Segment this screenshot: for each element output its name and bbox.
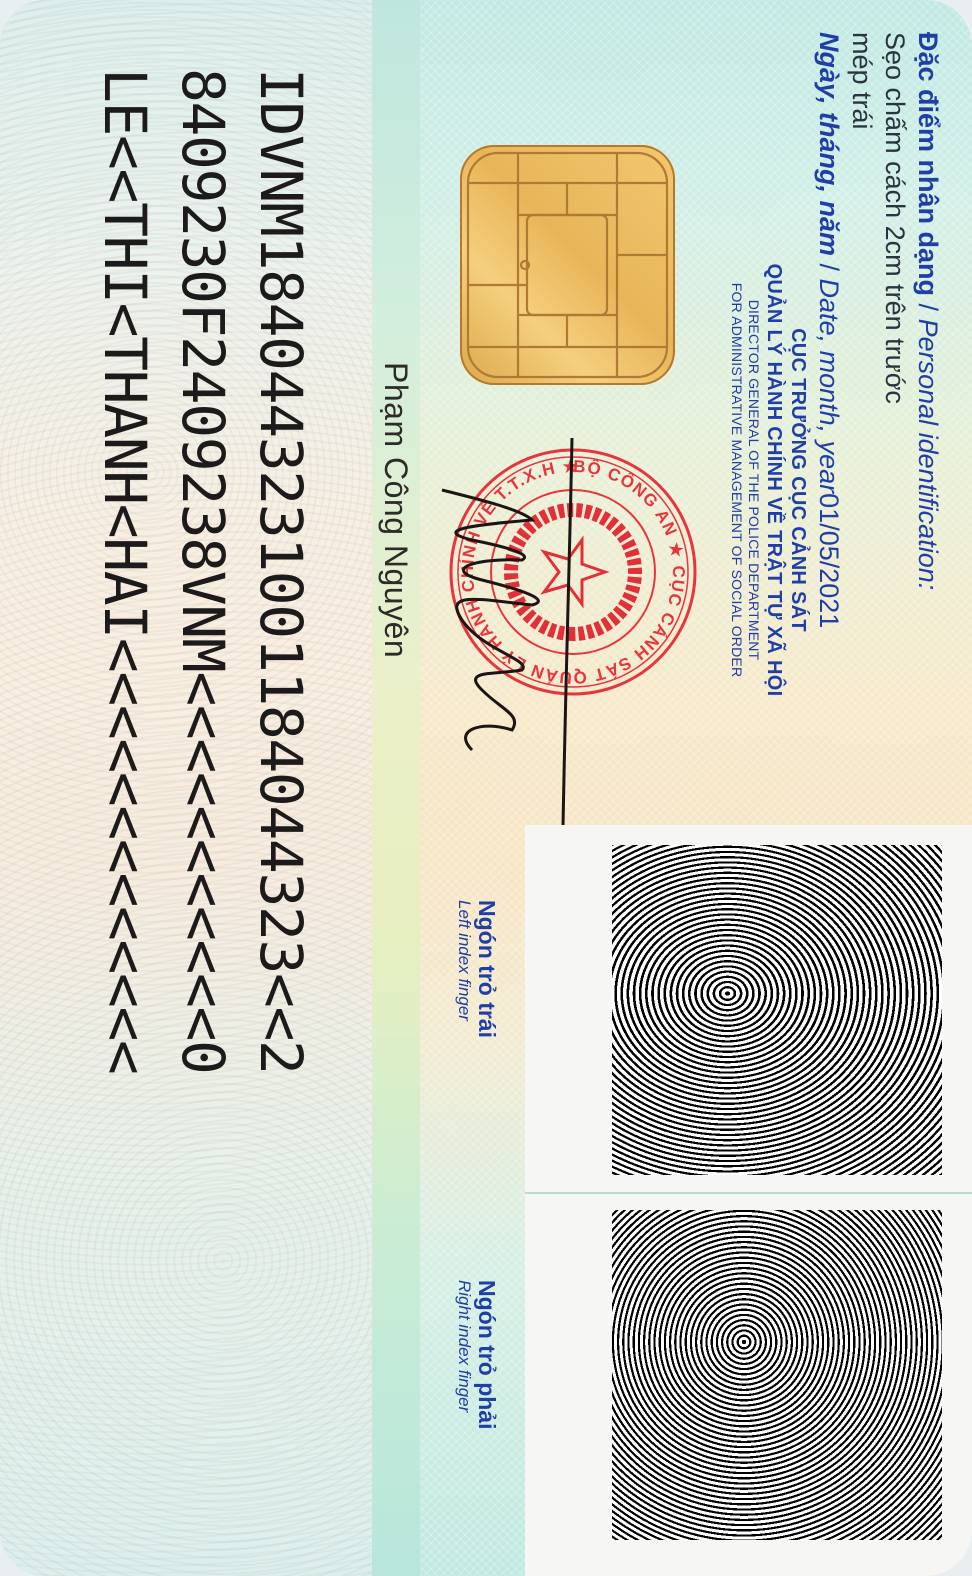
- left-finger-label-vn: Ngón trỏ trái: [474, 900, 500, 1038]
- id-card-back: Đặc điểm nhân dạng / Personal identifica…: [0, 0, 972, 1576]
- issuer-title-vn-2: QUẢN LÝ HÀNH CHÍNH VỀ TRẬT TỰ XÃ HỘI: [762, 140, 786, 820]
- mrz-line-1: IDVNM1840443231001184044323<<2: [252, 68, 310, 1074]
- left-finger-label: Ngón trỏ trái Left index finger: [454, 900, 500, 1038]
- identification-label-vn: Đặc điểm nhân dạng: [913, 32, 943, 296]
- fingerprint-panel: [525, 825, 972, 1576]
- separator: /: [814, 256, 844, 279]
- issuer-title-en-2: FOR ADMINISTRATIVE MANAGEMENT OF SOCIAL …: [728, 140, 745, 820]
- left-fingerprint-image: [612, 845, 942, 1175]
- issue-date-value: 01/05/2021: [814, 493, 844, 628]
- identification-value-2: mép trái: [845, 32, 878, 872]
- issuer-title: CỤC TRƯỞNG CỤC CẢNH SÁT QUẢN LÝ HÀNH CHÍ…: [728, 140, 810, 820]
- right-fingerprint-image: [612, 1210, 942, 1540]
- mrz-line-3: LE<<THI<THANH<HAI<<<<<<<<<<<<<: [96, 68, 154, 1074]
- info-block: Đặc điểm nhân dạng / Personal identifica…: [812, 32, 944, 872]
- signatory-name: Phạm Công Nguyên: [377, 362, 414, 658]
- identification-value-1: Sẹo chấm cách 2cm trên trước: [878, 32, 911, 872]
- issue-date-label-en: Date, month, year: [814, 279, 844, 494]
- issue-date: Ngày, tháng, năm / Date, month, year01/0…: [812, 32, 845, 872]
- chip-icon: [460, 145, 675, 385]
- issuer-title-en-1: DIRECTOR GENERAL OF THE POLICE DEPARTMEN…: [745, 140, 762, 820]
- right-finger-label: Ngón trỏ phải Right index finger: [454, 1280, 500, 1429]
- fingerprint-divider: [525, 1192, 972, 1194]
- right-finger-label-en: Right index finger: [454, 1280, 474, 1429]
- separator: /: [913, 296, 943, 319]
- right-finger-label-vn: Ngón trỏ phải: [474, 1280, 500, 1429]
- issuer-title-vn-1: CỤC TRƯỞNG CỤC CẢNH SÁT: [786, 140, 810, 820]
- identification-label-en: Personal identification:: [913, 319, 943, 591]
- mrz-line-2: 8409230F2409238VNM<<<<<<<<<<<0: [174, 68, 232, 1074]
- identification-label: Đặc điểm nhân dạng / Personal identifica…: [911, 32, 944, 872]
- issue-date-label-vn: Ngày, tháng, năm: [814, 32, 844, 256]
- left-finger-label-en: Left index finger: [454, 900, 474, 1038]
